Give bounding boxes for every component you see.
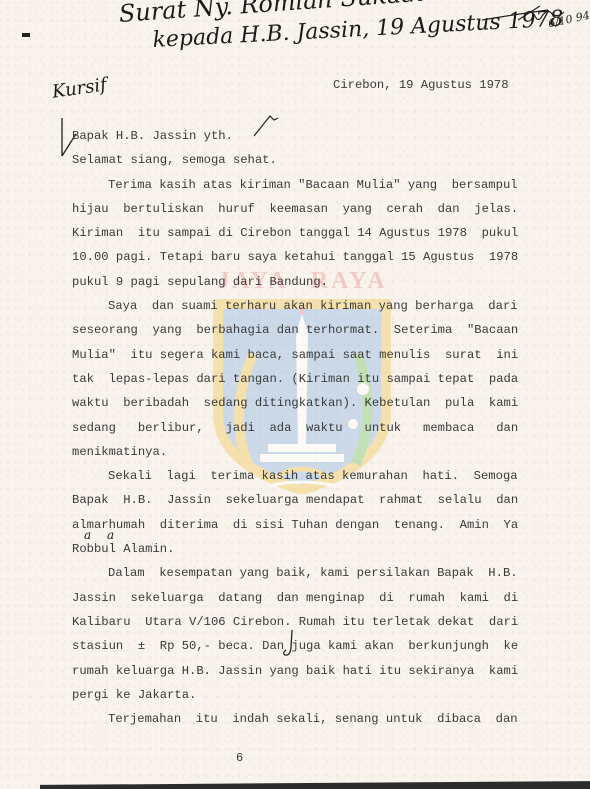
paragraph-3-line: almarhumah diterima di sisi Tuhan dengan… — [72, 513, 514, 537]
paragraph-4-line: Dalam kesempatan yang baik, kami persila… — [72, 561, 514, 585]
paragraph-2-line: Saya dan suami terharu akan kiriman yang… — [72, 294, 514, 318]
paragraph-3-line: Robbul Alamin. — [72, 537, 514, 561]
salutation: Bapak H.B. Jassin yth. — [72, 124, 514, 148]
paragraph-1-line: 10.00 pagi. Tetapi baru saya ketahui tan… — [72, 245, 514, 269]
paragraph-2-line: waktu beribadah sedang ditingkatkan). Ke… — [72, 391, 514, 415]
paragraph-4-line: Kalibaru Utara V/106 Cirebon. Rumah itu … — [72, 610, 514, 634]
paragraph-1-line: Terima kasih atas kiriman "Bacaan Mulia"… — [72, 173, 514, 197]
scan-mark — [22, 33, 30, 37]
scan-bottom-edge — [40, 781, 590, 789]
greeting: Selamat siang, semoga sehat. — [72, 148, 514, 172]
letter-page: JAYA RAYA Surat Ny. Romlah Sukadi kepada… — [0, 0, 590, 789]
paragraph-4-line: stasiun ± Rp 50,- beca. Dan juga kami ak… — [72, 634, 514, 658]
paragraph-5-line: Terjemahan itu indah sekali, senang untu… — [72, 707, 514, 731]
paragraph-2-line: sedang berlibur, jadi ada waktu untuk me… — [72, 416, 514, 440]
paragraph-2-line: seseorang yang berbahagia dan terhormat.… — [72, 318, 514, 342]
paragraph-1-line: Kiriman itu sampai di Cirebon tanggal 14… — [72, 221, 514, 245]
paragraph-2-line: tak lepas-lepas dari tangan. (Kiriman it… — [72, 367, 514, 391]
handwritten-margin-note: Kursif — [51, 74, 108, 102]
paragraph-2-line: menikmatinya. — [72, 440, 514, 464]
paragraph-1-line: pukul 9 pagi sepulang dari Bandung. — [72, 270, 514, 294]
paragraph-4-line: Jassin sekeluarga datang dan menginap di… — [72, 586, 514, 610]
letter-date: Cirebon, 19 Agustus 1978 — [333, 78, 509, 92]
paragraph-4-line: rumah keluarga H.B. Jassin yang baik hat… — [72, 659, 514, 683]
paragraph-1-line: hijau bertuliskan huruf keemasan yang ce… — [72, 197, 514, 221]
paragraph-4-line: pergi ke Jakarta. — [72, 683, 514, 707]
paragraph-2-line: Mulia" itu segera kami baca, sampai saat… — [72, 343, 514, 367]
letter-body: Bapak H.B. Jassin yth. Selamat siang, se… — [72, 124, 514, 731]
page-number: 6 — [236, 751, 243, 765]
paragraph-3-line: Sekali lagi terima kasih atas kemurahan … — [72, 464, 514, 488]
paragraph-3-line: Bapak H.B. Jassin sekeluarga mendapat ra… — [72, 488, 514, 512]
